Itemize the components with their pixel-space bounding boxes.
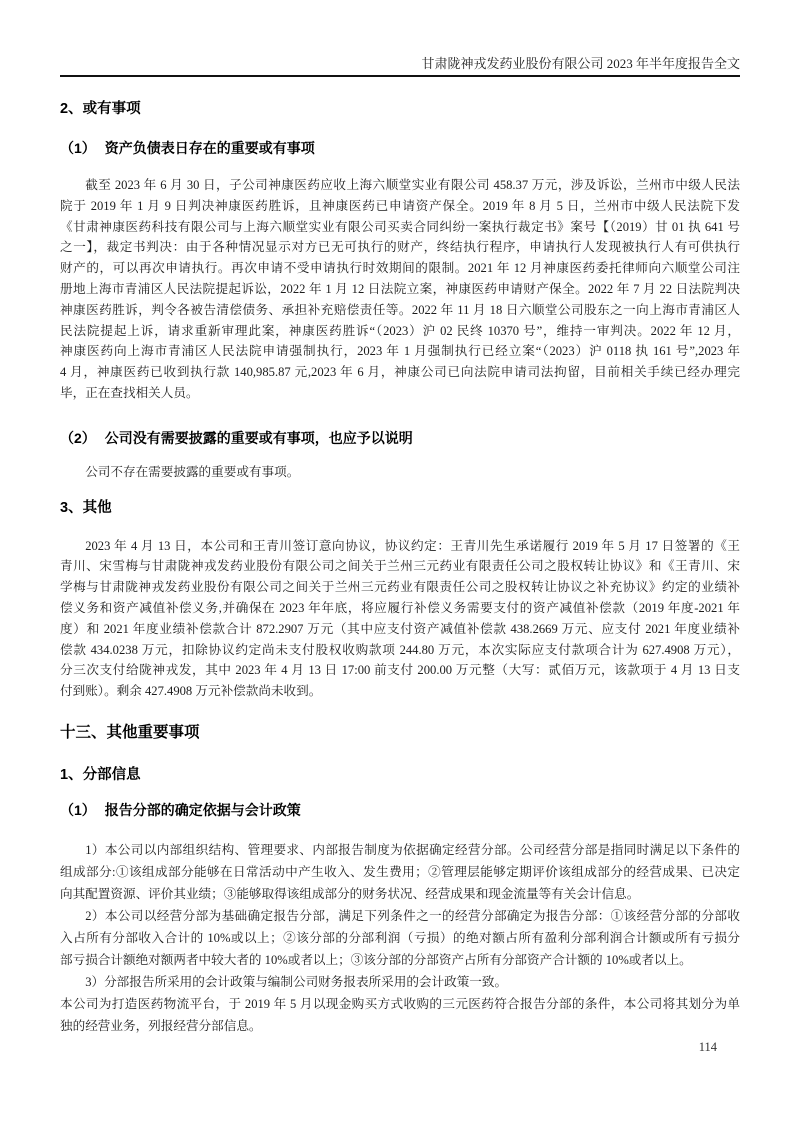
heading-segment-basis: （1）报告分部的确定依据与会计政策 [60, 800, 740, 820]
text-line: 向其配置资源、评价其业绩；③能够取得该组成部分的财务状况、经营成果和现金流量等有… [60, 883, 740, 905]
text-line: 1）本公司以内部组织结构、管理要求、内部报告制度为依据确定经营分部。公司经营分部… [60, 839, 740, 861]
text-line: 青川、宋雪梅与甘肃陇神戎发药业股份有限公司之间关于兰州三元药业有限责任公司之股权… [60, 556, 740, 577]
text-line: 2）本公司以经营分部为基础确定报告分部，满足下列条件之一的经营分部确定为报告分部… [60, 905, 740, 927]
text-line: 组成部分:①该组成部分能够在日常活动中产生收入、发生费用；②管理层能够定期评价该… [60, 861, 740, 883]
text-line: 3）分部报告所采用的会计政策与编制公司财务报表所采用的会计政策一致。 [60, 971, 740, 993]
heading-text: 公司没有需要披露的重要或有事项，也应予以说明 [105, 430, 413, 446]
heading-other: 3、其他 [60, 498, 740, 518]
text-line: 神康医药向上海市青浦区人民法院申请强制执行，2023 年 1 月强制执行已经立案… [60, 341, 740, 362]
text-line: 公司不存在需要披露的重要或有事项。 [60, 462, 740, 483]
paragraph-segment-policy: 3）分部报告所采用的会计政策与编制公司财务报表所采用的会计政策一致。 [60, 971, 740, 993]
heading-number: （2） [60, 430, 96, 446]
paragraph-lawsuit: 截至 2023 年 6 月 30 日，子公司神康医药应收上海六顺堂实业有限公司 … [60, 175, 740, 404]
paragraph-segment-criteria-2: 2）本公司以经营分部为基础确定报告分部，满足下列条件之一的经营分部确定为报告分部… [60, 905, 740, 971]
report-page: 甘肃陇神戎发药业股份有限公司 2023 年半年度报告全文 2、或有事项 （1）资… [0, 0, 793, 1122]
page-number: 114 [699, 1040, 717, 1055]
heading-segment-info: 1、分部信息 [60, 765, 740, 785]
heading-text: 报告分部的确定依据与会计政策 [105, 802, 301, 818]
text-line: 截至 2023 年 6 月 30 日，子公司神康医药应收上海六顺堂实业有限公司 … [60, 175, 740, 196]
text-line: 偿款 434.0238 万元，扣除协议约定尚未支付股权收购款项 244.80 万… [60, 640, 740, 661]
heading-other-important-matters: 十三、其他重要事项 [60, 722, 740, 744]
page-content: 甘肃陇神戎发药业股份有限公司 2023 年半年度报告全文 2、或有事项 （1）资… [60, 0, 740, 1037]
text-line: 独的经营业务，列报经营分部信息。 [60, 1015, 740, 1037]
text-line: 毕，正在查找相关人员。 [60, 383, 740, 404]
text-line: 民法院提起上诉，请求重新审理此案，神康医药胜诉“（2023）沪 02 民终 10… [60, 321, 740, 342]
text-line: 神康医药胜诉，判令各被告清偿债务、承担补充赔偿责任等。2022 年 11 月 1… [60, 300, 740, 321]
text-line: 之一】，裁定书判决：由于各种情况显示对方已无可执行的财产，终结执行程序，申请执行… [60, 237, 740, 258]
heading-number: （1） [60, 802, 96, 818]
page-header: 甘肃陇神戎发药业股份有限公司 2023 年半年度报告全文 [60, 56, 740, 77]
heading-text: 资产负债表日存在的重要或有事项 [105, 140, 315, 156]
heading-no-disclosure: （2）公司没有需要披露的重要或有事项，也应予以说明 [60, 428, 740, 448]
text-line: 册地上海市青浦区人民法院提起诉讼，2022 年 1 月 12 日法院立案，神康医… [60, 279, 740, 300]
text-line: 度）和 2021 年度业绩补偿款合计 872.2907 万元（其中应支付资产减值… [60, 619, 740, 640]
paragraph-agreement: 2023 年 4 月 13 日，本公司和王青川签订意向协议，协议约定：王青川先生… [60, 536, 740, 702]
heading-contingencies: 2、或有事项 [60, 99, 740, 119]
text-line: 本公司为打造医药物流平台，于 2019 年 5 月以现金购买方式收购的三元医药符… [60, 993, 740, 1015]
text-line: 院于 2019 年 1 月 9 日判决神康医药胜诉，且神康医药已申请资产保全。2… [60, 196, 740, 217]
text-line: 2023 年 4 月 13 日，本公司和王青川签订意向协议，协议约定：王青川先生… [60, 536, 740, 557]
heading-number: （1） [60, 140, 96, 156]
paragraph-no-disclosure: 公司不存在需要披露的重要或有事项。 [60, 462, 740, 483]
text-line: 偿义务和资产减值补偿义务,并确保在 2023 年年底，将应履行补偿义务需要支付的… [60, 598, 740, 619]
text-line: 学梅与甘肃陇神戎发药业股份有限公司之间关于兰州三元药业有限责任公司之股权转让协议… [60, 577, 740, 598]
text-line: 部亏损合计额绝对额两者中较大者的 10%或者以上；③该分部的分部资产占所有分部资… [60, 949, 740, 971]
text-line: 4 月，神康医药已收到执行款 140,985.87 元,2023 年 6 月，神… [60, 362, 740, 383]
text-line: 财产的，可以再次申请执行。再次申请不受申请执行时效期间的限制。2021 年 12… [60, 258, 740, 279]
paragraph-logistics-platform: 本公司为打造医药物流平台，于 2019 年 5 月以现金购买方式收购的三元医药符… [60, 993, 740, 1037]
text-line: 《甘肃神康医药科技有限公司与上海六顺堂实业有限公司买卖合同纠纷一案执行裁定书》案… [60, 217, 740, 238]
paragraph-segment-criteria-1: 1）本公司以内部组织结构、管理要求、内部报告制度为依据确定经营分部。公司经营分部… [60, 839, 740, 905]
text-line: 付到账）。剩余 427.4908 万元补偿款尚未收到。 [60, 681, 740, 702]
heading-balance-sheet-contingencies: （1）资产负债表日存在的重要或有事项 [60, 138, 740, 158]
report-header-title: 甘肃陇神戎发药业股份有限公司 2023 年半年度报告全文 [421, 56, 740, 71]
text-line: 入占所有分部收入合计的 10%或以上；②该分部的分部利润（亏损）的绝对额占所有盈… [60, 927, 740, 949]
text-line: 分三次支付给陇神戎发，其中 2023 年 4 月 13 日 17:00 前支付 … [60, 660, 740, 681]
